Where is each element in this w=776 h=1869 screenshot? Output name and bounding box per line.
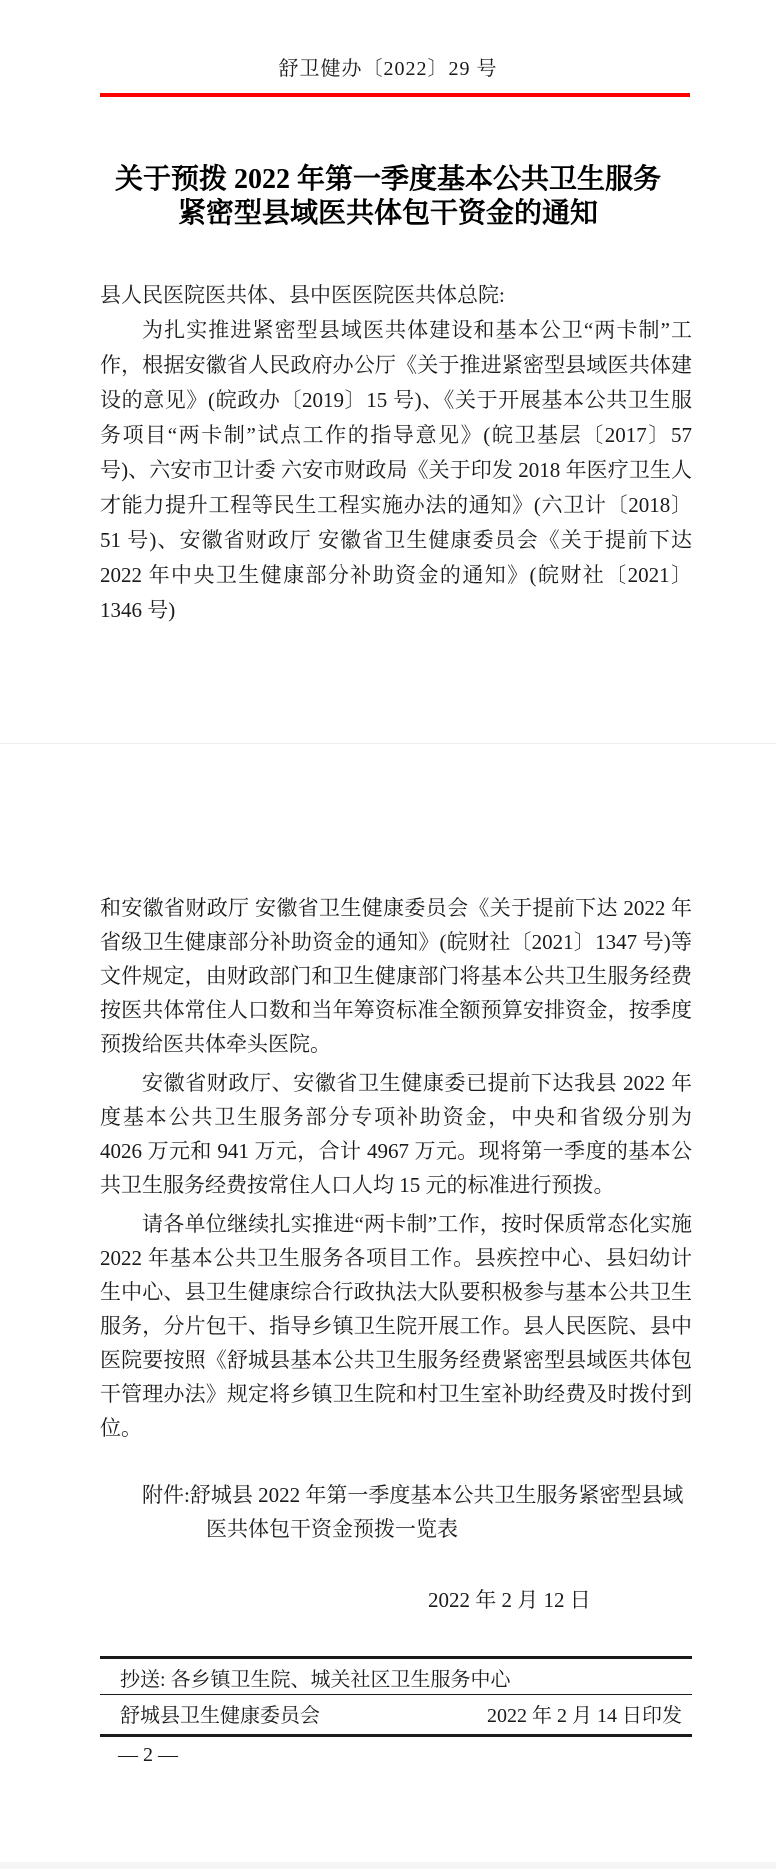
attachment-label: 附件: [142,1483,190,1507]
body-page-1: 县人民医院医共体、县中医医院医共体总院: 为扎实推进紧密型县域医共体建设和基本公… [100,278,692,628]
attachment-line-2: 医共体包干资金预拨一览表 [206,1512,683,1546]
title-line-1: 关于预拨 2022 年第一季度基本公共卫生服务 [115,164,661,195]
footer-rule-top [100,1656,692,1659]
paragraph-3: 请各单位继续扎实推进“两卡制”工作，按时保质常态化实施 2022 年基本公共卫生… [100,1207,692,1445]
paragraph-2: 安徽省财政厅、安徽省卫生健康委已提前下达我县 2022 年度基本公共卫生服务部分… [100,1066,692,1202]
print-date: 2022 年 2 月 14 日印发 [487,1702,682,1730]
page-number: — 2 — [118,1744,178,1767]
attachment-note: 附件:舒城县 2022 年第一季度基本公共卫生服务紧密型县域 医共体包干资金预拨… [142,1478,683,1546]
paragraph-1-part-2: 和安徽省财政厅 安徽省卫生健康委员会《关于提前下达 2022 年省级卫生健康部分… [100,891,692,1061]
issue-date: 2022 年 2 月 12 日 [428,1584,591,1614]
bottom-edge-bar [0,1862,776,1869]
doc-number: 舒卫健办〔2022〕29 号 [0,52,776,81]
footer-rule-middle [100,1694,692,1695]
cc-line: 抄送: 各乡镇卫生院、城关社区卫生服务中心 [120,1666,682,1694]
attachment-text-1: 舒城县 2022 年第一季度基本公共卫生服务紧密型县域 [190,1483,684,1507]
title-line-2: 紧密型县域医共体包干资金的通知 [178,198,598,229]
paragraph-1-part-1: 为扎实推进紧密型县域医共体建设和基本公卫“两卡制”工作，根据安徽省人民政府办公厅… [100,313,692,628]
issuer-row: 舒城县卫生健康委员会 2022 年 2 月 14 日印发 [120,1702,682,1730]
footer-rule-bottom [100,1734,692,1737]
issuer-name: 舒城县卫生健康委员会 [120,1702,320,1730]
attachment-line-1: 附件:舒城县 2022 年第一季度基本公共卫生服务紧密型县域 [142,1478,683,1512]
document-page: 舒卫健办〔2022〕29 号 关于预拨 2022 年第一季度基本公共卫生服务 紧… [0,0,776,1869]
body-page-2: 和安徽省财政厅 安徽省卫生健康委员会《关于提前下达 2022 年省级卫生健康部分… [100,891,692,1445]
salutation: 县人民医院医共体、县中医医院医共体总院: [100,278,692,313]
page-separator-line [0,743,776,744]
red-divider-line [100,93,690,97]
document-title: 关于预拨 2022 年第一季度基本公共卫生服务 紧密型县域医共体包干资金的通知 [88,163,688,231]
